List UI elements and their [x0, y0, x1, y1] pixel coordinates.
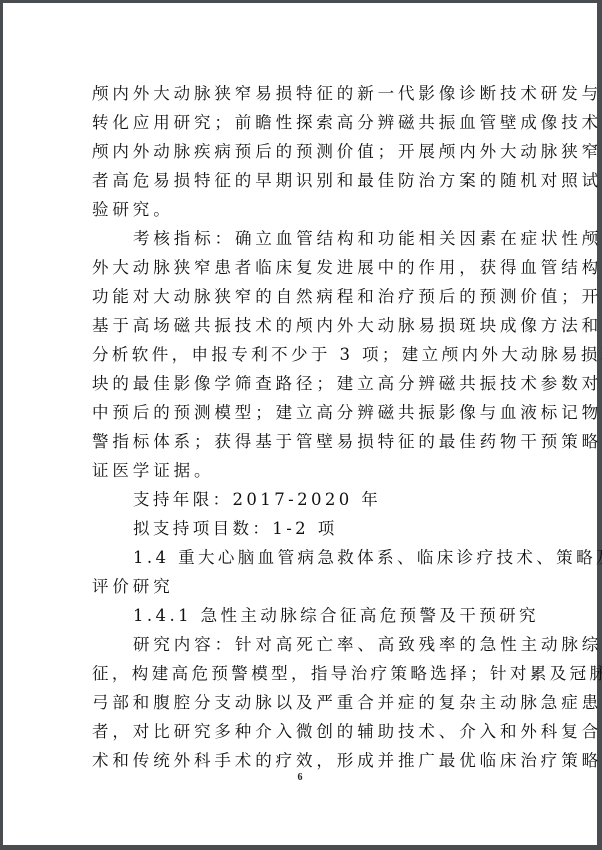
text-line: 块的最佳影像学筛查路径；建立高分辨磁共振技术参数对卒	[92, 369, 522, 398]
section-heading-1-4-cont: 评价研究	[92, 572, 522, 601]
text-line: 基于高场磁共振技术的颅内外大动脉易损斑块成像方法和	[92, 311, 522, 340]
support-period: 支持年限：2017-2020 年	[92, 485, 522, 514]
text-line: 者高危易损特征的早期识别和最佳防治方案的随机对照试	[92, 166, 522, 195]
text-line: 颅内外大动脉狭窄易损特征的新一代影像诊断技术研发与	[92, 79, 522, 108]
page-number: 6	[3, 772, 597, 783]
text-line: 术和传统外科手术的疗效，形成并推广最优临床治疗策略和	[92, 746, 522, 775]
text-line: 者，对比研究多种介入微创的辅助技术、介入和外科复合技	[92, 717, 522, 746]
text-line: 中预后的预测模型；建立高分辨磁共振影像与血液标记物预	[92, 398, 522, 427]
text-line-research-content: 研究内容：针对高死亡率、高致残率的急性主动脉综合	[92, 630, 522, 659]
text-line-assessment-heading: 考核指标：确立血管结构和功能相关因素在症状性颅内	[92, 224, 522, 253]
body-text: 颅内外大动脉狭窄易损特征的新一代影像诊断技术研发与 转化应用研究；前瞻性探索高分…	[92, 79, 522, 775]
section-heading-1-4-1: 1.4.1 急性主动脉综合征高危预警及干预研究	[92, 601, 522, 630]
text-line: 功能对大动脉狭窄的自然病程和治疗预后的预测价值；开发	[92, 282, 522, 311]
text-line: 分析软件，申报专利不少于 3 项；建立颅内外大动脉易损斑	[92, 340, 522, 369]
document-page: 颅内外大动脉狭窄易损特征的新一代影像诊断技术研发与 转化应用研究；前瞻性探索高分…	[3, 3, 597, 845]
text-line: 转化应用研究；前瞻性探索高分辨磁共振血管壁成像技术对	[92, 108, 522, 137]
text-line: 证医学证据。	[92, 456, 522, 485]
text-line: 征，构建高危预警模型，指导治疗策略选择；针对累及冠脉、	[92, 659, 522, 688]
text-line: 弓部和腹腔分支动脉以及严重合并症的复杂主动脉急症患	[92, 688, 522, 717]
text-line: 验研究。	[92, 195, 522, 224]
text-line: 警指标体系；获得基于管壁易损特征的最佳药物干预策略循	[92, 427, 522, 456]
section-heading-1-4: 1.4 重大心脑血管病急救体系、临床诊疗技术、策略及	[92, 543, 522, 572]
project-count: 拟支持项目数：1-2 项	[92, 514, 522, 543]
text-line: 颅内外动脉疾病预后的预测价值；开展颅内外大动脉狭窄患	[92, 137, 522, 166]
text-line: 外大动脉狭窄患者临床复发进展中的作用，获得血管结构和	[92, 253, 522, 282]
